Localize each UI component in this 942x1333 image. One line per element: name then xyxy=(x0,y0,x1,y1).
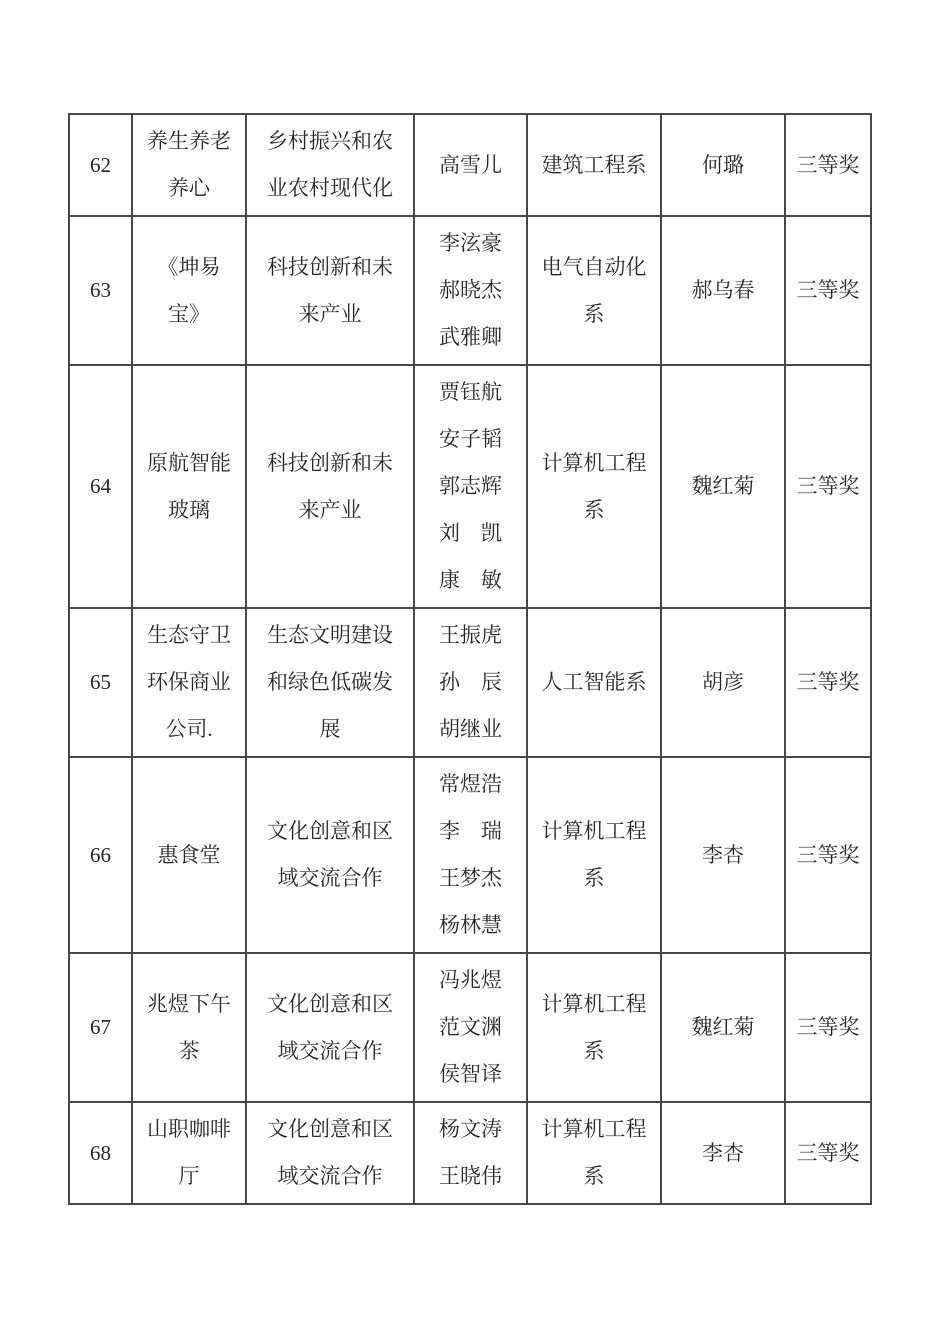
table-row: 67 兆煜下午 茶 文化创意和区 域交流合作 冯兆煜 范文渊 侯智译 计算机工程… xyxy=(69,953,871,1102)
table-row: 68 山职咖啡 厅 文化创意和区 域交流合作 杨文涛 王晓伟 计算机工程 系 李… xyxy=(69,1102,871,1204)
cell-award: 三等奖 xyxy=(785,608,871,757)
cell-theme: 乡村振兴和农 业农村现代化 xyxy=(246,114,414,216)
cell-serial: 67 xyxy=(69,953,132,1102)
table-row: 65 生态守卫 环保商业 公司. 生态文明建设 和绿色低碳发 展 王振虎 孙 辰… xyxy=(69,608,871,757)
cell-project-name: 生态守卫 环保商业 公司. xyxy=(132,608,246,757)
cell-advisor: 胡彦 xyxy=(661,608,785,757)
cell-theme: 文化创意和区 域交流合作 xyxy=(246,757,414,953)
cell-advisor: 李杏 xyxy=(661,1102,785,1204)
cell-department: 计算机工程 系 xyxy=(527,365,661,608)
cell-advisor: 魏红菊 xyxy=(661,365,785,608)
table-row: 63 《坤易 宝》 科技创新和未 来产业 李泫豪 郝晓杰 武雅卿 电气自动化 系… xyxy=(69,216,871,365)
cell-theme: 文化创意和区 域交流合作 xyxy=(246,953,414,1102)
table-row: 66 惠食堂 文化创意和区 域交流合作 常煜浩 李 瑞 王梦杰 杨林慧 计算机工… xyxy=(69,757,871,953)
cell-serial: 64 xyxy=(69,365,132,608)
cell-serial: 65 xyxy=(69,608,132,757)
cell-members: 杨文涛 王晓伟 xyxy=(414,1102,527,1204)
cell-department: 计算机工程 系 xyxy=(527,757,661,953)
cell-theme: 生态文明建设 和绿色低碳发 展 xyxy=(246,608,414,757)
cell-project-name: 原航智能 玻璃 xyxy=(132,365,246,608)
cell-award: 三等奖 xyxy=(785,953,871,1102)
cell-members: 常煜浩 李 瑞 王梦杰 杨林慧 xyxy=(414,757,527,953)
award-table: 62 养生养老 养心 乡村振兴和农 业农村现代化 高雪儿 建筑工程系 何璐 三等… xyxy=(68,113,872,1205)
cell-serial: 66 xyxy=(69,757,132,953)
cell-members: 冯兆煜 范文渊 侯智译 xyxy=(414,953,527,1102)
cell-project-name: 《坤易 宝》 xyxy=(132,216,246,365)
cell-project-name: 养生养老 养心 xyxy=(132,114,246,216)
cell-department: 建筑工程系 xyxy=(527,114,661,216)
document-page: 62 养生养老 养心 乡村振兴和农 业农村现代化 高雪儿 建筑工程系 何璐 三等… xyxy=(0,0,942,1333)
cell-members: 王振虎 孙 辰 胡继业 xyxy=(414,608,527,757)
cell-department: 计算机工程 系 xyxy=(527,953,661,1102)
table-row: 62 养生养老 养心 乡村振兴和农 业农村现代化 高雪儿 建筑工程系 何璐 三等… xyxy=(69,114,871,216)
cell-award: 三等奖 xyxy=(785,1102,871,1204)
table-row: 64 原航智能 玻璃 科技创新和未 来产业 贾钰航 安子韬 郭志辉 刘 凯 康 … xyxy=(69,365,871,608)
cell-award: 三等奖 xyxy=(785,365,871,608)
cell-award: 三等奖 xyxy=(785,216,871,365)
cell-serial: 62 xyxy=(69,114,132,216)
cell-advisor: 魏红菊 xyxy=(661,953,785,1102)
cell-advisor: 李杏 xyxy=(661,757,785,953)
cell-theme: 科技创新和未 来产业 xyxy=(246,216,414,365)
cell-members: 李泫豪 郝晓杰 武雅卿 xyxy=(414,216,527,365)
cell-award: 三等奖 xyxy=(785,114,871,216)
cell-members: 贾钰航 安子韬 郭志辉 刘 凯 康 敏 xyxy=(414,365,527,608)
cell-project-name: 山职咖啡 厅 xyxy=(132,1102,246,1204)
cell-award: 三等奖 xyxy=(785,757,871,953)
cell-department: 人工智能系 xyxy=(527,608,661,757)
cell-advisor: 郝乌春 xyxy=(661,216,785,365)
cell-theme: 文化创意和区 域交流合作 xyxy=(246,1102,414,1204)
cell-serial: 63 xyxy=(69,216,132,365)
cell-serial: 68 xyxy=(69,1102,132,1204)
cell-department: 计算机工程 系 xyxy=(527,1102,661,1204)
cell-project-name: 兆煜下午 茶 xyxy=(132,953,246,1102)
cell-members: 高雪儿 xyxy=(414,114,527,216)
cell-project-name: 惠食堂 xyxy=(132,757,246,953)
cell-advisor: 何璐 xyxy=(661,114,785,216)
cell-department: 电气自动化 系 xyxy=(527,216,661,365)
cell-theme: 科技创新和未 来产业 xyxy=(246,365,414,608)
